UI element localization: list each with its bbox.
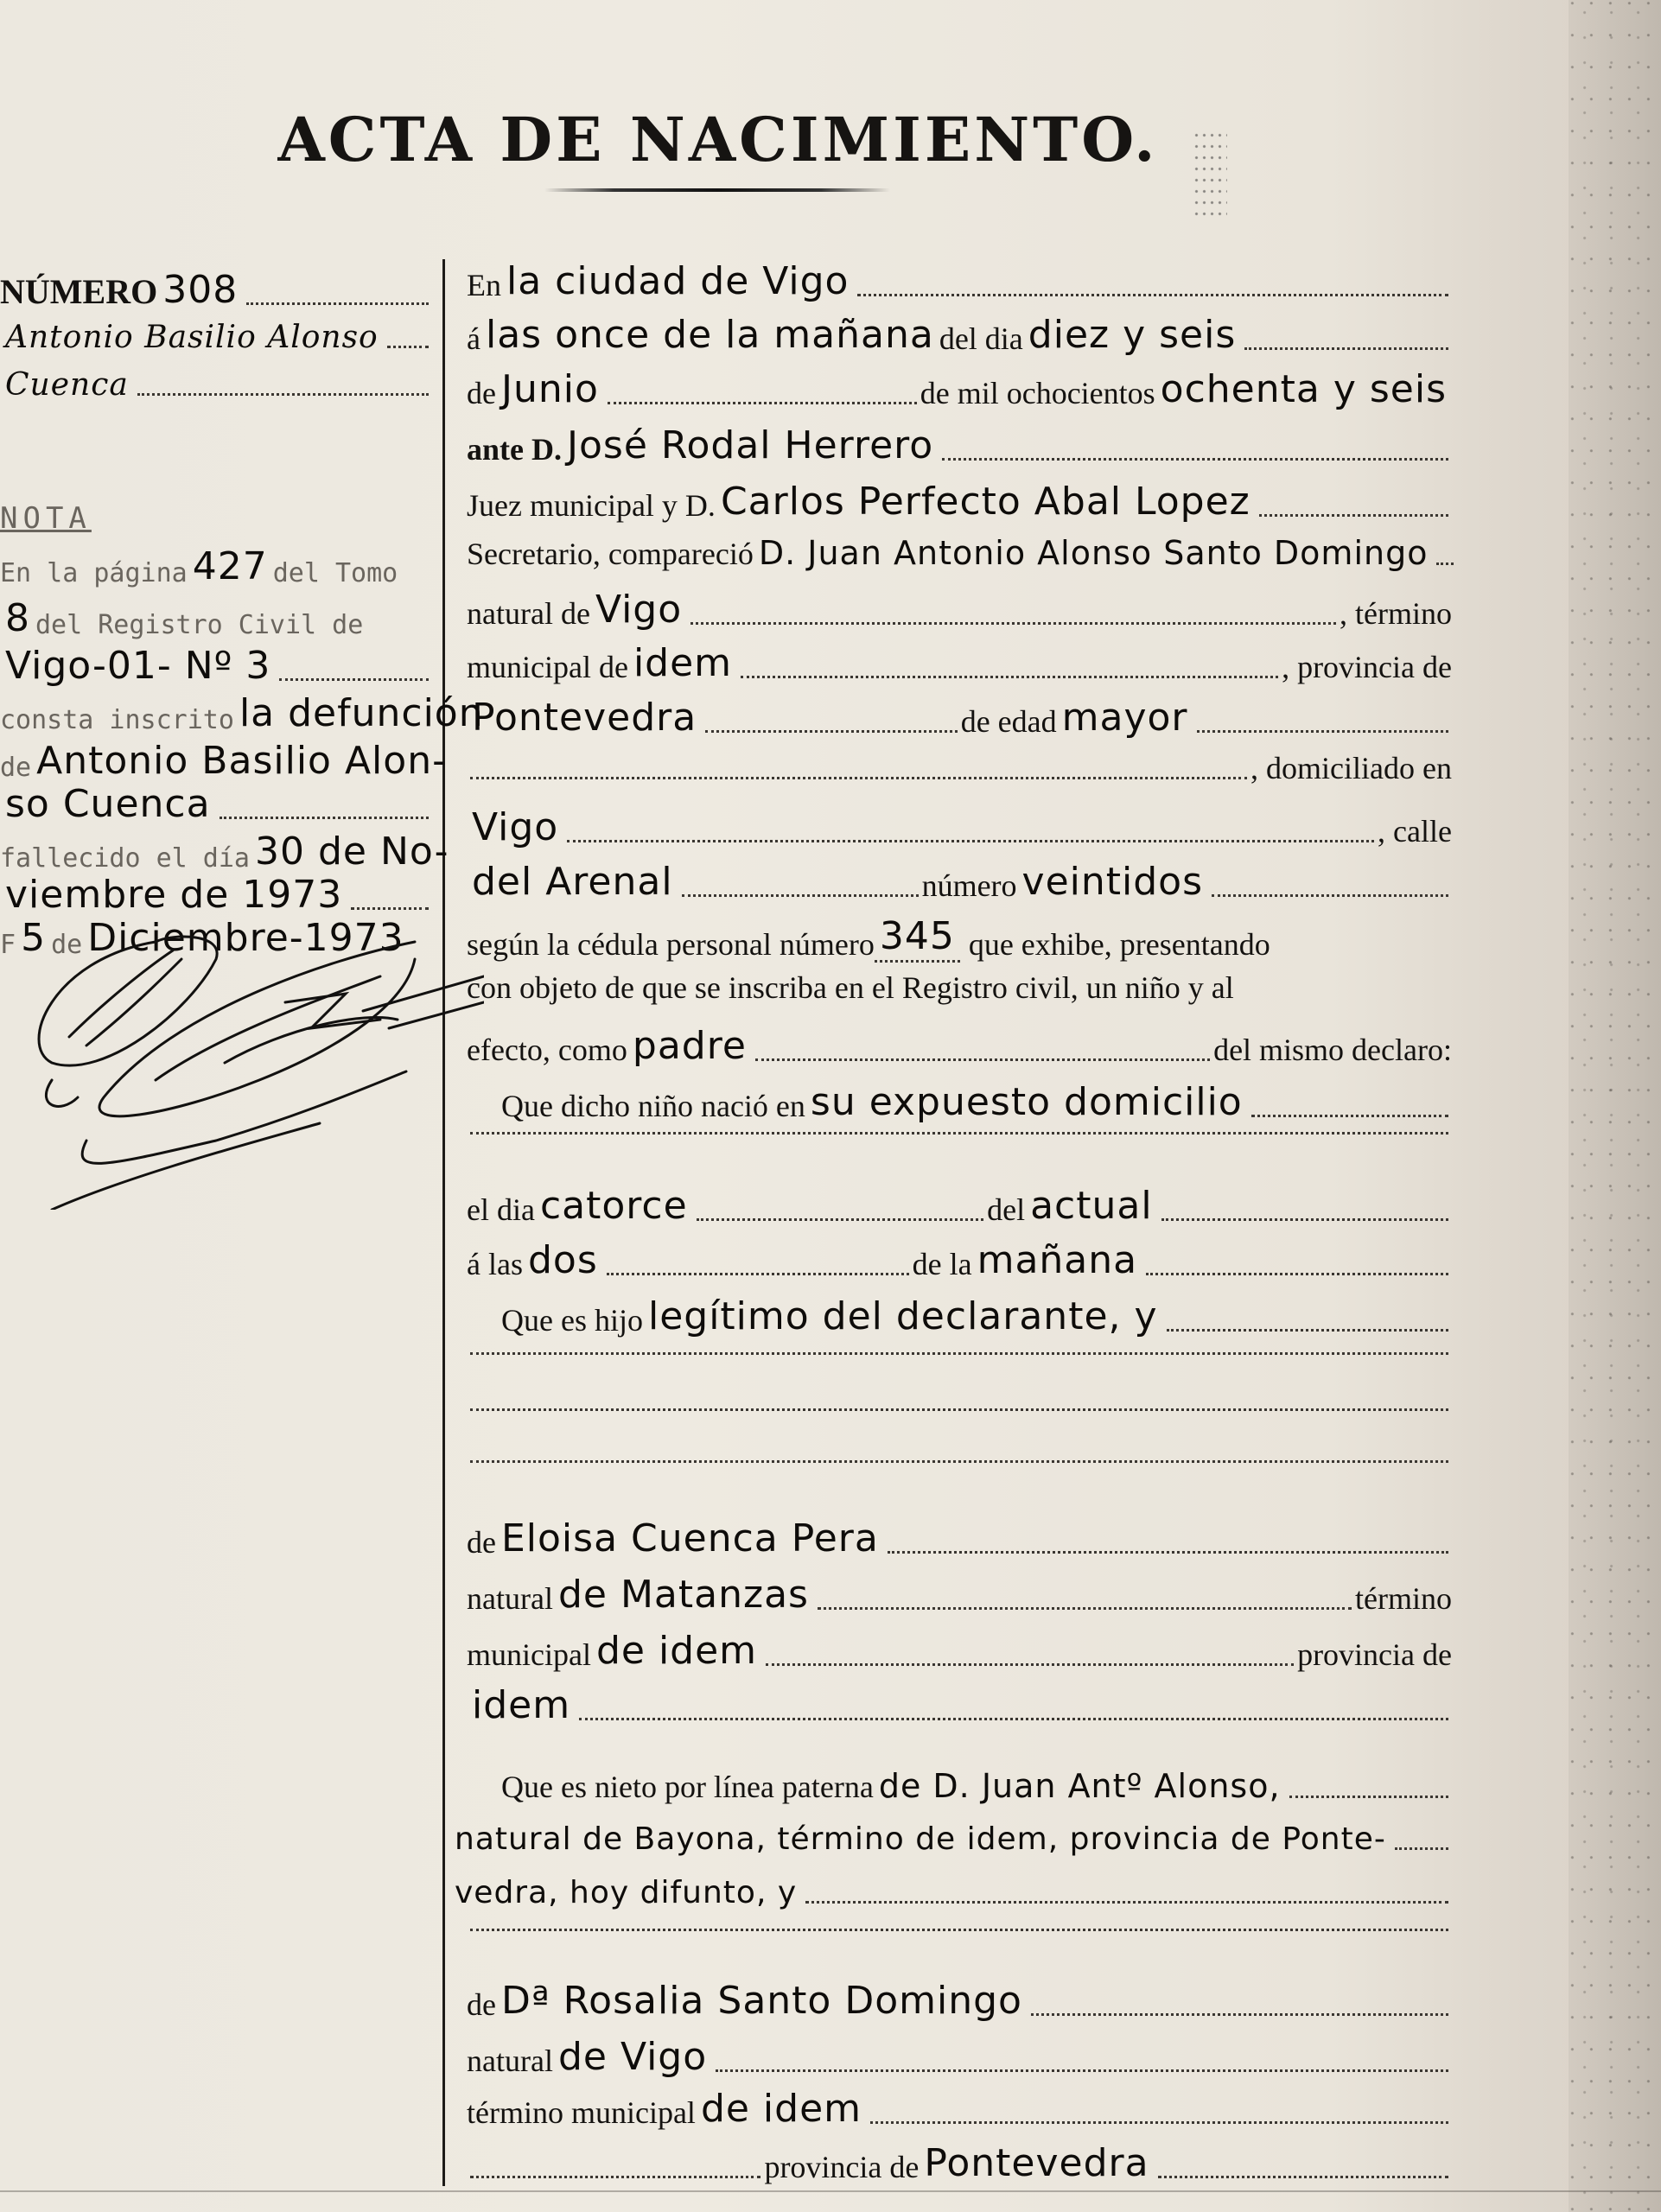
label-en: En — [467, 267, 501, 303]
value-mes: Junio — [496, 367, 604, 411]
dotted-line — [942, 458, 1448, 461]
dotted-line — [137, 393, 429, 396]
row-blank-4 — [467, 1460, 1452, 1470]
nota-tomo-value: 8 — [0, 596, 35, 640]
nota-inscrito-label: consta inscrito — [0, 705, 234, 735]
nota-registro-value: Vigo-01- Nº 3 — [0, 644, 276, 688]
value-hora-nacimiento: dos — [523, 1238, 603, 1282]
value-domicilio-ciudad: Vigo — [467, 805, 563, 849]
dotted-line — [1244, 347, 1448, 350]
nota-tomo-row: 8 del Registro Civil de — [0, 596, 432, 640]
nota-registro-label: del Registro Civil de — [35, 610, 363, 640]
nota-pagina-row: En la página 427 del Tomo — [0, 544, 432, 588]
value-natural: Vigo — [590, 588, 687, 632]
margin-name-row-1: Antonio Basilio Alonso — [0, 320, 432, 355]
document-title: ACTA DE NACIMIENTO. — [264, 104, 1172, 175]
dotted-line — [1395, 1847, 1448, 1850]
value-hora: las once de la mañana — [480, 313, 939, 357]
nota-pagina-label: En la página — [0, 558, 188, 588]
label-termino-municipal: término municipal — [467, 2094, 696, 2131]
label-a: á — [467, 321, 480, 357]
row-madre-municipal: municipal de idem provincia de — [467, 1629, 1452, 1673]
row-cedula: según la cédula personal número 345 que … — [467, 914, 1452, 963]
dotted-line — [470, 1929, 1448, 1931]
dotted-line — [351, 907, 429, 910]
value-abuela-municipal: de idem — [696, 2087, 867, 2131]
dotted-line — [857, 294, 1448, 296]
label-natural: natural — [467, 2043, 553, 2079]
label-del-dia: del dia — [939, 321, 1023, 357]
row-provincia-edad: Pontevedra de edad mayor — [467, 696, 1452, 740]
value-mes-nacimiento: actual — [1025, 1184, 1157, 1228]
dotted-line — [1436, 563, 1454, 565]
row-comparecio: Secretario, compareció D. Juan Antonio A… — [467, 534, 1452, 572]
dotted-line — [741, 676, 1278, 678]
label-del: del — [987, 1192, 1025, 1228]
column-divider — [442, 259, 445, 2186]
dotted-line — [470, 1132, 1448, 1135]
dotted-line — [1031, 2013, 1448, 2016]
dotted-line — [246, 302, 429, 305]
label-termino: término — [1355, 1580, 1452, 1617]
nota-fallecido-value-1: 30 de No- — [250, 829, 455, 874]
nota-fallecido-value-2: viembre de 1973 — [0, 873, 347, 917]
nota-fallecido-row-2: viembre de 1973 — [0, 873, 432, 917]
nota-pagina-value: 427 — [188, 544, 273, 588]
row-madre-natural: natural de Matanzas término — [467, 1573, 1452, 1617]
row-municipal: municipal de idem , provincia de — [467, 641, 1452, 685]
row-abuela-municipal: término municipal de idem — [467, 2087, 1452, 2131]
dotted-line — [1167, 1329, 1448, 1332]
margin-name-row-2: Cuenca — [0, 367, 432, 403]
value-juez: José Rodal Herrero — [562, 423, 939, 467]
dotted-line — [705, 730, 958, 733]
row-abuela-provincia: provincia de Pontevedra — [467, 2141, 1452, 2185]
label-nacio-en: Que dicho niño nació en — [501, 1088, 805, 1124]
dotted-line — [1259, 514, 1448, 517]
dotted-line — [818, 1607, 1352, 1610]
page-edge-shadow — [1569, 0, 1661, 2212]
row-abuelo-estado: vedra, hoy difunto, y — [449, 1875, 1452, 1910]
value-provincia: Pontevedra — [467, 696, 702, 740]
numero-label: NÚMERO — [0, 271, 157, 312]
label-domiciliado-en: , domiciliado en — [1251, 750, 1452, 786]
value-abuela-natural: de Vigo — [553, 2035, 712, 2079]
row-blank-5 — [467, 1929, 1452, 1938]
row-objeto: con objeto de que se inscriba en el Regi… — [467, 969, 1452, 1006]
row-juez: ante D. José Rodal Herrero — [467, 423, 1452, 467]
nota-inscrito-row: consta inscrito la defunción — [0, 691, 432, 735]
value-numero-casa: veintidos — [1017, 860, 1208, 904]
row-a-las: á las dos de la mañana — [467, 1238, 1452, 1282]
dotted-line — [567, 840, 1374, 842]
value-edad: mayor — [1057, 696, 1193, 740]
label-juez-municipal: Juez municipal y D. — [467, 487, 716, 524]
nota-fallecido-row: fallecido el día 30 de No- — [0, 829, 432, 874]
value-madre-natural: de Matanzas — [553, 1573, 814, 1617]
value-lugar-nacimiento: su expuesto domicilio — [805, 1080, 1248, 1124]
label-de-madre: de — [467, 1524, 496, 1560]
value-abuelo: de D. Juan Antº Alonso, — [874, 1767, 1286, 1805]
dotted-line — [579, 1718, 1448, 1720]
label-con-objeto: con objeto de que se inscriba en el Regi… — [467, 969, 1234, 1006]
dotted-line — [870, 2121, 1448, 2124]
nota-person-row-2: so Cuenca — [0, 782, 432, 826]
label-termino: , término — [1340, 595, 1452, 632]
nota-person-line-1: Antonio Basilio Alon- — [31, 739, 452, 783]
value-periodo: mañana — [972, 1238, 1143, 1282]
value-abuela: Dª Rosalia Santo Domingo — [496, 1979, 1028, 2023]
dotted-line — [755, 1058, 1210, 1061]
row-hijo: Que es hijo legítimo del declarante, y — [467, 1294, 1452, 1338]
label-de-abuela: de — [467, 1986, 496, 2023]
label-calle: , calle — [1378, 813, 1452, 849]
label-efecto-como: efecto, como — [467, 1032, 627, 1068]
dotted-line — [470, 777, 1247, 779]
row-blank-2 — [467, 1352, 1452, 1362]
dotted-line — [470, 1352, 1448, 1355]
label-natural-de: natural de — [467, 595, 590, 632]
row-abuelo-natural: natural de Bayona, término de idem, prov… — [449, 1821, 1452, 1857]
value-filiacion: legítimo del declarante, y — [643, 1294, 1163, 1338]
row-blank-3 — [467, 1408, 1452, 1418]
dotted-line — [805, 1901, 1448, 1904]
row-abuela-natural: natural de Vigo — [467, 2035, 1452, 2079]
value-anio: ochenta y seis — [1155, 367, 1452, 411]
value-abuela-provincia: Pontevedra — [919, 2141, 1154, 2185]
dotted-line — [1146, 1273, 1448, 1275]
row-madre: de Eloisa Cuenca Pera — [467, 1516, 1452, 1560]
label-de-edad: de edad — [961, 703, 1057, 740]
row-calle-numero: del Arenal número veintidos — [467, 860, 1452, 904]
dotted-line — [607, 1273, 909, 1275]
dotted-line — [1197, 730, 1449, 733]
numero-value: 308 — [157, 268, 243, 312]
value-madre-provincia: idem — [467, 1683, 576, 1727]
nota-tomo-label: del Tomo — [273, 558, 398, 588]
nota-person-line-2: so Cuenca — [0, 782, 216, 826]
label-municipal: municipal — [467, 1637, 591, 1673]
row-nieto: Que es nieto por línea paterna de D. Jua… — [467, 1767, 1452, 1805]
label-natural: natural — [467, 1580, 553, 1617]
row-domicilio-ciudad: Vigo , calle — [467, 805, 1452, 849]
row-nacio-en: Que dicho niño nació en su expuesto domi… — [467, 1080, 1452, 1124]
dotted-line — [716, 2069, 1448, 2072]
dotted-line — [608, 402, 917, 404]
row-madre-provincia: idem — [467, 1683, 1452, 1727]
nota-person-row-1: de Antonio Basilio Alon- — [0, 739, 432, 783]
label-de: de — [467, 375, 496, 411]
nota-fallecido-label: fallecido el día — [0, 843, 250, 874]
value-calle: del Arenal — [467, 860, 678, 904]
label-municipal-de: municipal de — [467, 649, 628, 685]
value-relacion: padre — [627, 1024, 752, 1068]
nota-inscrito-value: la defunción — [234, 691, 489, 735]
value-dia-nacimiento: catorce — [535, 1184, 693, 1228]
row-domiciliado: , domiciliado en — [467, 750, 1452, 786]
label-provincia-de: provincia de — [1297, 1637, 1452, 1673]
label-de-mil-ochocientos: de mil ochocientos — [920, 375, 1155, 411]
row-hora-dia: á las once de la mañana del dia diez y s… — [467, 313, 1452, 357]
dotted-line — [682, 894, 919, 897]
label-cedula: según la cédula personal número — [467, 926, 875, 963]
label-ante: ante D. — [467, 431, 562, 467]
dotted-line — [888, 1551, 1448, 1554]
label-provincia-de: provincia de — [764, 2149, 919, 2185]
dotted-line — [470, 2176, 760, 2178]
dotted-line — [1161, 1218, 1448, 1221]
dotted-line — [387, 346, 429, 348]
label-que-es-hijo: Que es hijo — [501, 1302, 643, 1338]
value-municipal: idem — [628, 641, 737, 685]
value-madre: Eloisa Cuenca Pera — [496, 1516, 884, 1560]
signature-scribble — [0, 925, 484, 1210]
value-madre-municipal: de idem — [591, 1629, 762, 1673]
value-dia: diez y seis — [1023, 313, 1241, 357]
registrant-name-line-1: Antonio Basilio Alonso — [0, 320, 384, 355]
dotted-line — [279, 678, 429, 681]
value-abuelo-natural: natural de Bayona, término de idem, prov… — [449, 1821, 1391, 1857]
row-mes-anio: de Junio de mil ochocientos ochenta y se… — [467, 367, 1452, 411]
dotted-line — [1251, 1115, 1448, 1117]
value-place: la ciudad de Vigo — [501, 259, 854, 303]
dotted-line — [1158, 2176, 1448, 2178]
value-compareciente: D. Juan Antonio Alonso Santo Domingo — [754, 534, 1434, 572]
dotted-line — [766, 1663, 1294, 1666]
row-como: efecto, como padre del mismo declaro: — [467, 1024, 1452, 1068]
nota-heading-row: NOTA — [0, 501, 432, 536]
margin-numero-row: NÚMERO 308 — [0, 268, 432, 312]
dotted-line — [1289, 1796, 1448, 1798]
label-de-la: de la — [913, 1246, 972, 1282]
row-el-dia: el dia catorce del actual — [467, 1184, 1452, 1228]
label-secretario-comparecio: Secretario, compareció — [467, 536, 754, 572]
label-que-exhibe: que exhibe, presentando — [969, 926, 1270, 963]
dotted-line — [697, 1218, 983, 1221]
label-declaro: del mismo declaro: — [1213, 1032, 1452, 1068]
dotted-line — [470, 1408, 1448, 1411]
dotted-line — [690, 622, 1336, 625]
row-blank-1 — [467, 1132, 1452, 1141]
label-numero: número — [922, 868, 1017, 904]
nota-de-label: de — [0, 753, 31, 783]
nota-registro-row: Vigo-01- Nº 3 — [0, 644, 432, 688]
label-el-dia: el dia — [467, 1192, 535, 1228]
label-a-las: á las — [467, 1246, 523, 1282]
stamp-marks — [1193, 130, 1227, 216]
value-cedula: 345 — [875, 914, 960, 958]
row-en: En la ciudad de Vigo — [467, 259, 1452, 303]
label-provincia-de: , provincia de — [1282, 649, 1452, 685]
page-bottom-rule — [0, 2190, 1661, 2192]
dotted-line — [1212, 894, 1448, 897]
label-nieto-paterna: Que es nieto por línea paterna — [501, 1769, 874, 1805]
dotted-line — [470, 1460, 1448, 1463]
registrant-name-line-2: Cuenca — [0, 367, 134, 403]
row-abuela: de Dª Rosalia Santo Domingo — [467, 1979, 1452, 2023]
nota-label: NOTA — [0, 501, 92, 536]
value-abuelo-estado: vedra, hoy difunto, y — [449, 1875, 802, 1910]
value-secretario: Carlos Perfecto Abal Lopez — [716, 480, 1256, 524]
row-natural: natural de Vigo , término — [467, 588, 1452, 632]
dotted-line — [220, 817, 429, 819]
row-secretario: Juez municipal y D. Carlos Perfecto Abal… — [467, 480, 1452, 524]
title-underline — [544, 188, 890, 192]
